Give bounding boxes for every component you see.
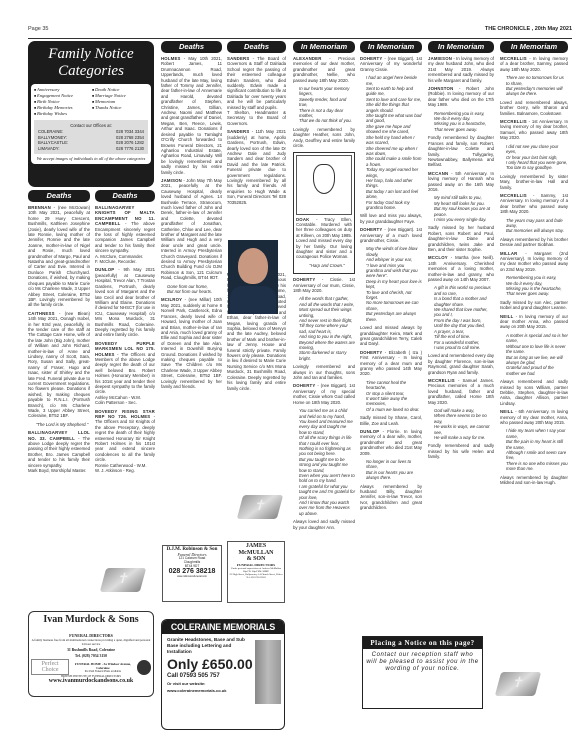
verse: I hide my tears when I say your name,But… (500, 428, 568, 471)
verse: Gone from our home,But not from our hear… (161, 284, 222, 295)
notice-signoff: Always loved and sadly missed by your da… (293, 519, 355, 530)
ad-address: 22 High Street, Ballymoney 14 Church Str… (229, 573, 283, 579)
notice-mccloy: MCCLOY - Martha (nee Neill). 14th Annive… (428, 255, 494, 282)
notice-signoff: Loved and remembered always, brother Ger… (500, 100, 568, 116)
verse: God will make a way,When there seems to … (428, 408, 494, 440)
category-item: Thanks Notice (92, 105, 148, 110)
section-header-deaths: Deaths (95, 190, 155, 202)
verse: A gift in this world so precious and so … (428, 285, 494, 350)
notice-sanders-school: SANDERS - The Board of Governors & Staff… (227, 56, 286, 126)
ad-text: Contact our reception staff who will be … (363, 649, 482, 676)
notice-millar: MILLAR - Margaret (2nd Anniversary). In … (500, 251, 568, 273)
notice-doherty-2: DOHERTY - (nee Biggart). 1st Anniversary… (293, 383, 355, 405)
notice-signoff: Lovingly remembered by sister Mary, brot… (500, 174, 568, 190)
section-header-memoriam: In Memoriam (428, 41, 494, 53)
ad-coleraine-memorials: COLERAINE MEMORIALS Granite Headstones, … (161, 619, 285, 730)
notice-mccrellis-4: MCCRELLIS - Sammy, 1st Anniversary. In l… (500, 193, 568, 215)
category-item: Birthday Memories (34, 105, 90, 110)
notice-signoff: Sadly missed by son Alec, partner Isobel… (500, 300, 568, 311)
category-item: Birthday Wishes (34, 111, 90, 116)
verse: My mind still talks to you,My heart stil… (428, 195, 494, 222)
notice-doherty-1: DOHERTY - Cissie. 1st Anniversary of our… (293, 277, 355, 293)
notice-caithness: CAITHNESS - (nee Blean) 14th May 2021, O… (28, 311, 90, 419)
crest-icon (137, 660, 151, 675)
page-number: Page 35 (28, 26, 49, 32)
notice-signoff: Sadly missed by Shane, Carol, Billie, Zo… (360, 415, 422, 426)
notice-signoff: Loved and missed always by granddaughter… (360, 325, 422, 347)
ad-title: COLERAINE MEMORIALS (162, 620, 284, 634)
notice-signoff: Will love and miss you always, by your g… (360, 213, 422, 224)
paper-title-date: THE CHRONICLE , 20th May 2021 (485, 26, 572, 32)
notice-signoff: Always remembered by husband Billy, daug… (360, 484, 422, 511)
notice-alexander: ALEXANDER - Precious memories of our dea… (293, 56, 355, 83)
section-header-deaths: Deaths (28, 190, 90, 202)
notice-johnston: JOHNSTON - Robert John (Robbie). In lovi… (428, 86, 494, 108)
notice-signoff: Always remembered and sadly missed by so… (500, 379, 568, 406)
notice-brennan: BRENNAN - (nee McGowan) 10th May 2021, p… (28, 205, 90, 308)
section-header-deaths: Deaths (161, 41, 222, 53)
notice-boveedy-rising: BOVEEDY RISING STAR RBP NO 726. HOLMES -… (95, 409, 155, 474)
perfect-choice-logo: Perfect Choice (31, 659, 69, 675)
notice-signoff: Fondly remembered by daughter Frances an… (428, 135, 494, 167)
column-3: Deaths HOLMES - May 10th 2021, Robert Ja… (161, 41, 222, 392)
verse: There are no tomorrows for us to share,B… (500, 75, 568, 97)
column-5: In Memoriam ALEXANDER - Precious memorie… (293, 41, 355, 533)
verse: Remembering you is easy,We do it every d… (428, 111, 494, 133)
category-item: Marriage Notice (92, 93, 148, 98)
notice-signoff: Sadly missed by her husband Robert, sons… (428, 225, 494, 252)
category-item: Engagement Notice (34, 93, 90, 98)
notice-mccrellis-3: MCCRELLIS - Samuel James. Precious memor… (428, 378, 494, 405)
ad-phone: 028 276 38218 (164, 568, 220, 575)
column-7: In Memoriam JAMIESON - In loving memory … (428, 41, 494, 463)
headstone-image (255, 640, 281, 704)
category-item: Memoriam (92, 99, 148, 104)
notice-jamieson: JAMIESON - In loving memory of my dear h… (428, 56, 494, 83)
page-header: Page 35 THE CHRONICLE , 20th May 2021 (28, 26, 572, 39)
notice-doak: DOAK - Tracy Ellen, Constable. Murdered … (296, 217, 352, 260)
ad-text: Granite Headstones, Base and Sub Base in… (167, 637, 247, 654)
notice-signoff: Always remembered by his brother Dessie … (500, 237, 568, 248)
notice-signoff: Loved and remembered every day by daught… (428, 353, 494, 375)
bible-illustration (237, 495, 283, 519)
contact-title: Contact our Offices at: (38, 123, 144, 128)
harp-crown-crest-icon (296, 155, 352, 215)
column-6: In Memoriam DOHERTY - (nee Biggart). 1st… (360, 41, 422, 514)
contact-offices-box: Contact our Offices at: COLERAINE:028 70… (34, 120, 148, 154)
notice-mcilroy: MCILROY - (nee Millar) 10th May 2021, su… (161, 297, 222, 389)
column-8: In Memoriam MCCRELLIS - In loving memory… (500, 41, 568, 488)
notice-signoff: Fondly remembered and sadly missed by hi… (428, 443, 494, 459)
notice-boveedy-purple: BOVEEDY PURPLE MARKSMEN LOL NO 175. HOLM… (95, 341, 155, 406)
verse: I did not see you close your eyes,Or hea… (500, 144, 568, 171)
section-header-memoriam: In Memoriam (360, 41, 422, 53)
section-header-memoriam: In Memoriam (293, 41, 355, 53)
office-row: LIMAVADY:028 7776 2130 (38, 146, 144, 151)
ad-row: Perfect Choice FUNERAL HOME - 3a Windsor… (31, 659, 151, 675)
notice-mccann: MCCANN - 5th Anniversary. In loving memo… (428, 171, 494, 193)
accept-images-note: We accept images of individuals in all o… (34, 156, 148, 161)
category-item: Anniversary (34, 87, 90, 92)
police-crest-box: DOAK - Tracy Ellen, Constable. Murdered … (293, 152, 355, 275)
ad-subtitle: FUNERAL DIRECTORS (229, 563, 283, 567)
funeral-home-info: FUNERAL HOME - 3a Windsor Avenue, Colera… (69, 662, 136, 673)
section-header-memoriam: In Memoriam (500, 41, 568, 53)
notice-doherty-4: DOHERTY - (nee Biggart). 1st Anniversary… (360, 227, 422, 243)
column-1: Deaths BRENNAN - (nee McGowan) 10th May … (28, 190, 90, 477)
category-item: Death Notice (92, 87, 148, 92)
ad-body: Granite Headstones, Base and Sub Base in… (162, 634, 284, 697)
ad-title: Placing a Notice on this page? (363, 637, 482, 649)
verse: I had an angel here beside me,Sent to ea… (360, 75, 422, 210)
verse: All the words that I gather,And all the … (293, 296, 355, 361)
ad-title: Ivan Murdock & Sons (31, 614, 151, 625)
notice-ballinagarvey-knights: BALLINAGARVEY KNIGHTS OF MALTA ENCAMPMEN… (95, 205, 155, 264)
notice-signoff: Lovingly remembered by daughter Heather,… (293, 127, 355, 149)
category-item: Birth Notice (34, 99, 90, 104)
verse: The years may pass and fade away,But mem… (500, 218, 568, 234)
family-notice-categories-box: Family Notice Categories Anniversary Dea… (28, 41, 154, 187)
ad-phone: Tel. (028) 7034 3150 (31, 654, 151, 658)
verse: No longer in our lives to share,But in o… (360, 459, 422, 481)
notice-signoff: Always remembered by daughter Mildred an… (500, 475, 568, 486)
ad-djm-robinson: D.J.M. Robinson & Son Funeral Directors … (162, 545, 222, 602)
ad-placing-notice: Placing a Notice on this page? Contact o… (362, 636, 483, 709)
category-list: Anniversary Death Notice Engagement Noti… (34, 87, 148, 116)
notice-neill-2: NEILL - 6th Anniversary. In loving memor… (500, 409, 568, 425)
welsh-portrait-photo (228, 240, 278, 314)
verse: "Harp and Crown." (296, 263, 352, 268)
bible-illustration (100, 568, 146, 592)
notice-neill-1: NEILL - In loving memory of our dear mot… (500, 314, 568, 330)
notice-signoff: Lovingly remembered and always in our th… (293, 364, 355, 380)
ad-title: JAMES McMULLAN (229, 543, 283, 556)
column-2: Deaths BALLINAGARVEY KNIGHTS OF MALTA EN… (95, 190, 155, 477)
ad-address: 31 Bushmills Road, Coleraine (31, 648, 151, 652)
notice-ballinagarvey-lodge: BALLINAGARVEY LLOL NO. 33. CAMPBELL - Th… (28, 430, 90, 473)
verse: Remembering you is easy,We do it every d… (500, 275, 568, 297)
notice-doherty-3: DOHERTY - (nee Biggart). 1st Anniversary… (360, 56, 422, 72)
notice-dunlop: DUNLOP - 9th May 2021 (peacefully) at Ca… (95, 267, 155, 337)
notice-mccrellis-1: MCCRELLIS - In loving memory of a dear b… (500, 56, 568, 72)
family-notice-title: Family Notice Categories (31, 46, 151, 80)
notice-dunlop-2: DUNLOP - Florrie. In loving memory of a … (360, 429, 422, 456)
ad-text: A family business free from all multinat… (31, 638, 151, 646)
column-4: Deaths SANDERS - The Board of Governors … (227, 41, 286, 394)
notice-sanders: SANDERS - 11th May 2021 (suddenly) at ho… (227, 129, 286, 205)
notice-jamison: JAMISON - John May 7th May 2021, peacefu… (161, 178, 222, 281)
notice-doherty-5: DOHERTY - Elizabeth ( Iza ) First Annive… (360, 350, 422, 377)
bible-illustration (495, 672, 541, 696)
verse: In our hearts your memory lingers,Sweetl… (293, 86, 355, 124)
office-phone: 028 7776 2130 (116, 146, 144, 151)
verse: May the winds of love blow slowly,And wh… (360, 246, 422, 322)
verse: A mother is special and so is her name,W… (500, 333, 568, 376)
office-town: LIMAVADY: (38, 146, 60, 151)
section-header-deaths: Deaths (227, 41, 286, 53)
verse: "The Lord is My Shepherd." (28, 422, 90, 427)
ad-mcmullan: JAMES McMULLAN & SON FUNERAL DIRECTORS U… (227, 541, 285, 603)
notice-mccrellis-2: MCCRELLIS - 1st Anniversary. In loving m… (500, 119, 568, 141)
ad-ivan-murdock: Ivan Murdock & Sons FUNERAL DIRECTORS A … (28, 611, 154, 697)
ad-website: www.robinsonsfuneral.com (164, 575, 220, 578)
verse: Time cannot heal the heartache,Or stop a… (360, 380, 422, 412)
notice-holmes: HOLMES - May 10th 2021, Robert James, 11… (161, 56, 222, 175)
ad-website: www.ivanmurdockandsons.co.uk (31, 678, 151, 684)
verse: You carried me as a child and held on to… (293, 408, 355, 516)
family-notice-inner: Anniversary Death Notice Engagement Noti… (31, 84, 151, 164)
